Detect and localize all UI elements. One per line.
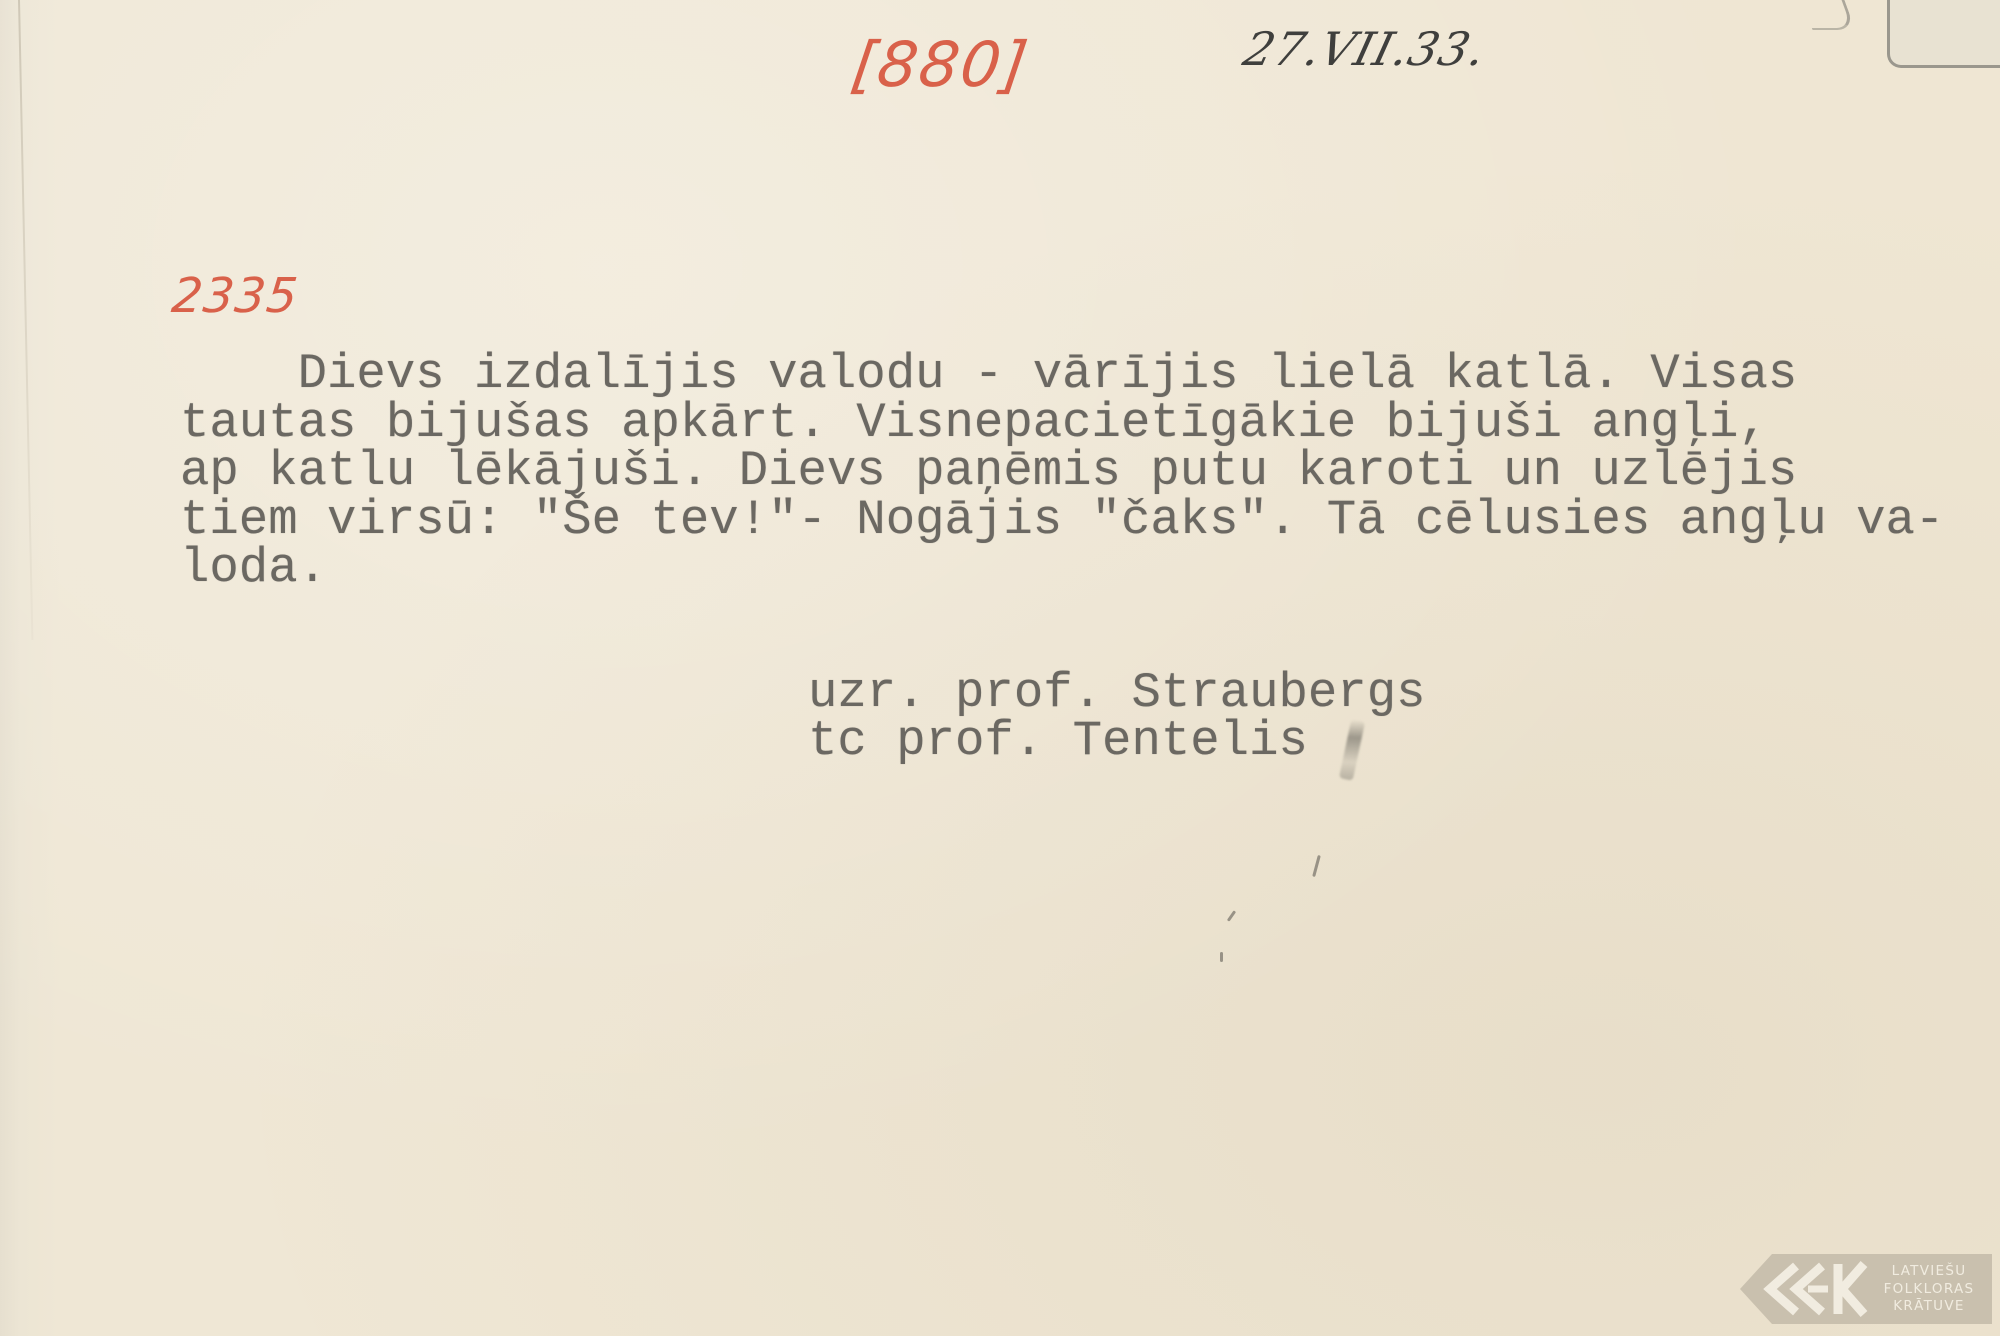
contributor-line: tc prof. Tentelis bbox=[808, 717, 1426, 765]
ink-speck bbox=[1227, 910, 1236, 922]
logo-wordmark: LATVIEŠU FOLKLORAS KRĀTUVE bbox=[1874, 1263, 1984, 1316]
text-line: tautas bijušas apkārt. Visnepacietīgākie… bbox=[180, 399, 1944, 448]
paper-fold-line bbox=[18, 0, 33, 640]
recorder-line: uzr. prof. Straubergs bbox=[808, 669, 1426, 717]
folklore-text: Dievs izdalījis valodu - vārījis lielā k… bbox=[180, 350, 1944, 593]
text-line: tiem virsū: "Še tev!"- Nogājis "čaks". T… bbox=[180, 496, 1944, 545]
folklore-archive-logo: LATVIEŠU FOLKLORAS KRĀTUVE bbox=[1740, 1254, 1992, 1324]
archive-card: [880] 27.VII.33. 2335 Dievs izdalījis va… bbox=[0, 0, 2000, 1336]
logo-line: KRĀTUVE bbox=[1874, 1298, 1984, 1316]
text-line: loda. bbox=[180, 544, 1944, 593]
text-line: ap katlu lēkājuši. Dievs paņēmis putu ka… bbox=[180, 447, 1944, 496]
archive-number: [880] bbox=[847, 28, 1034, 101]
torn-paper-edge bbox=[1802, 0, 1856, 30]
ink-speck bbox=[1312, 855, 1321, 877]
handwritten-date: 27.VII.33. bbox=[1238, 22, 1492, 76]
text-line: Dievs izdalījis valodu - vārījis lielā k… bbox=[180, 350, 1944, 399]
torn-paper-corner bbox=[1887, 0, 2000, 68]
logo-line: LATVIEŠU bbox=[1874, 1263, 1984, 1281]
ink-speck bbox=[1220, 952, 1223, 962]
collector-attribution: uzr. prof. Straubergstc prof. Tentelis bbox=[808, 669, 1426, 765]
item-number: 2335 bbox=[169, 268, 301, 324]
logo-line: FOLKLORAS bbox=[1874, 1281, 1984, 1299]
